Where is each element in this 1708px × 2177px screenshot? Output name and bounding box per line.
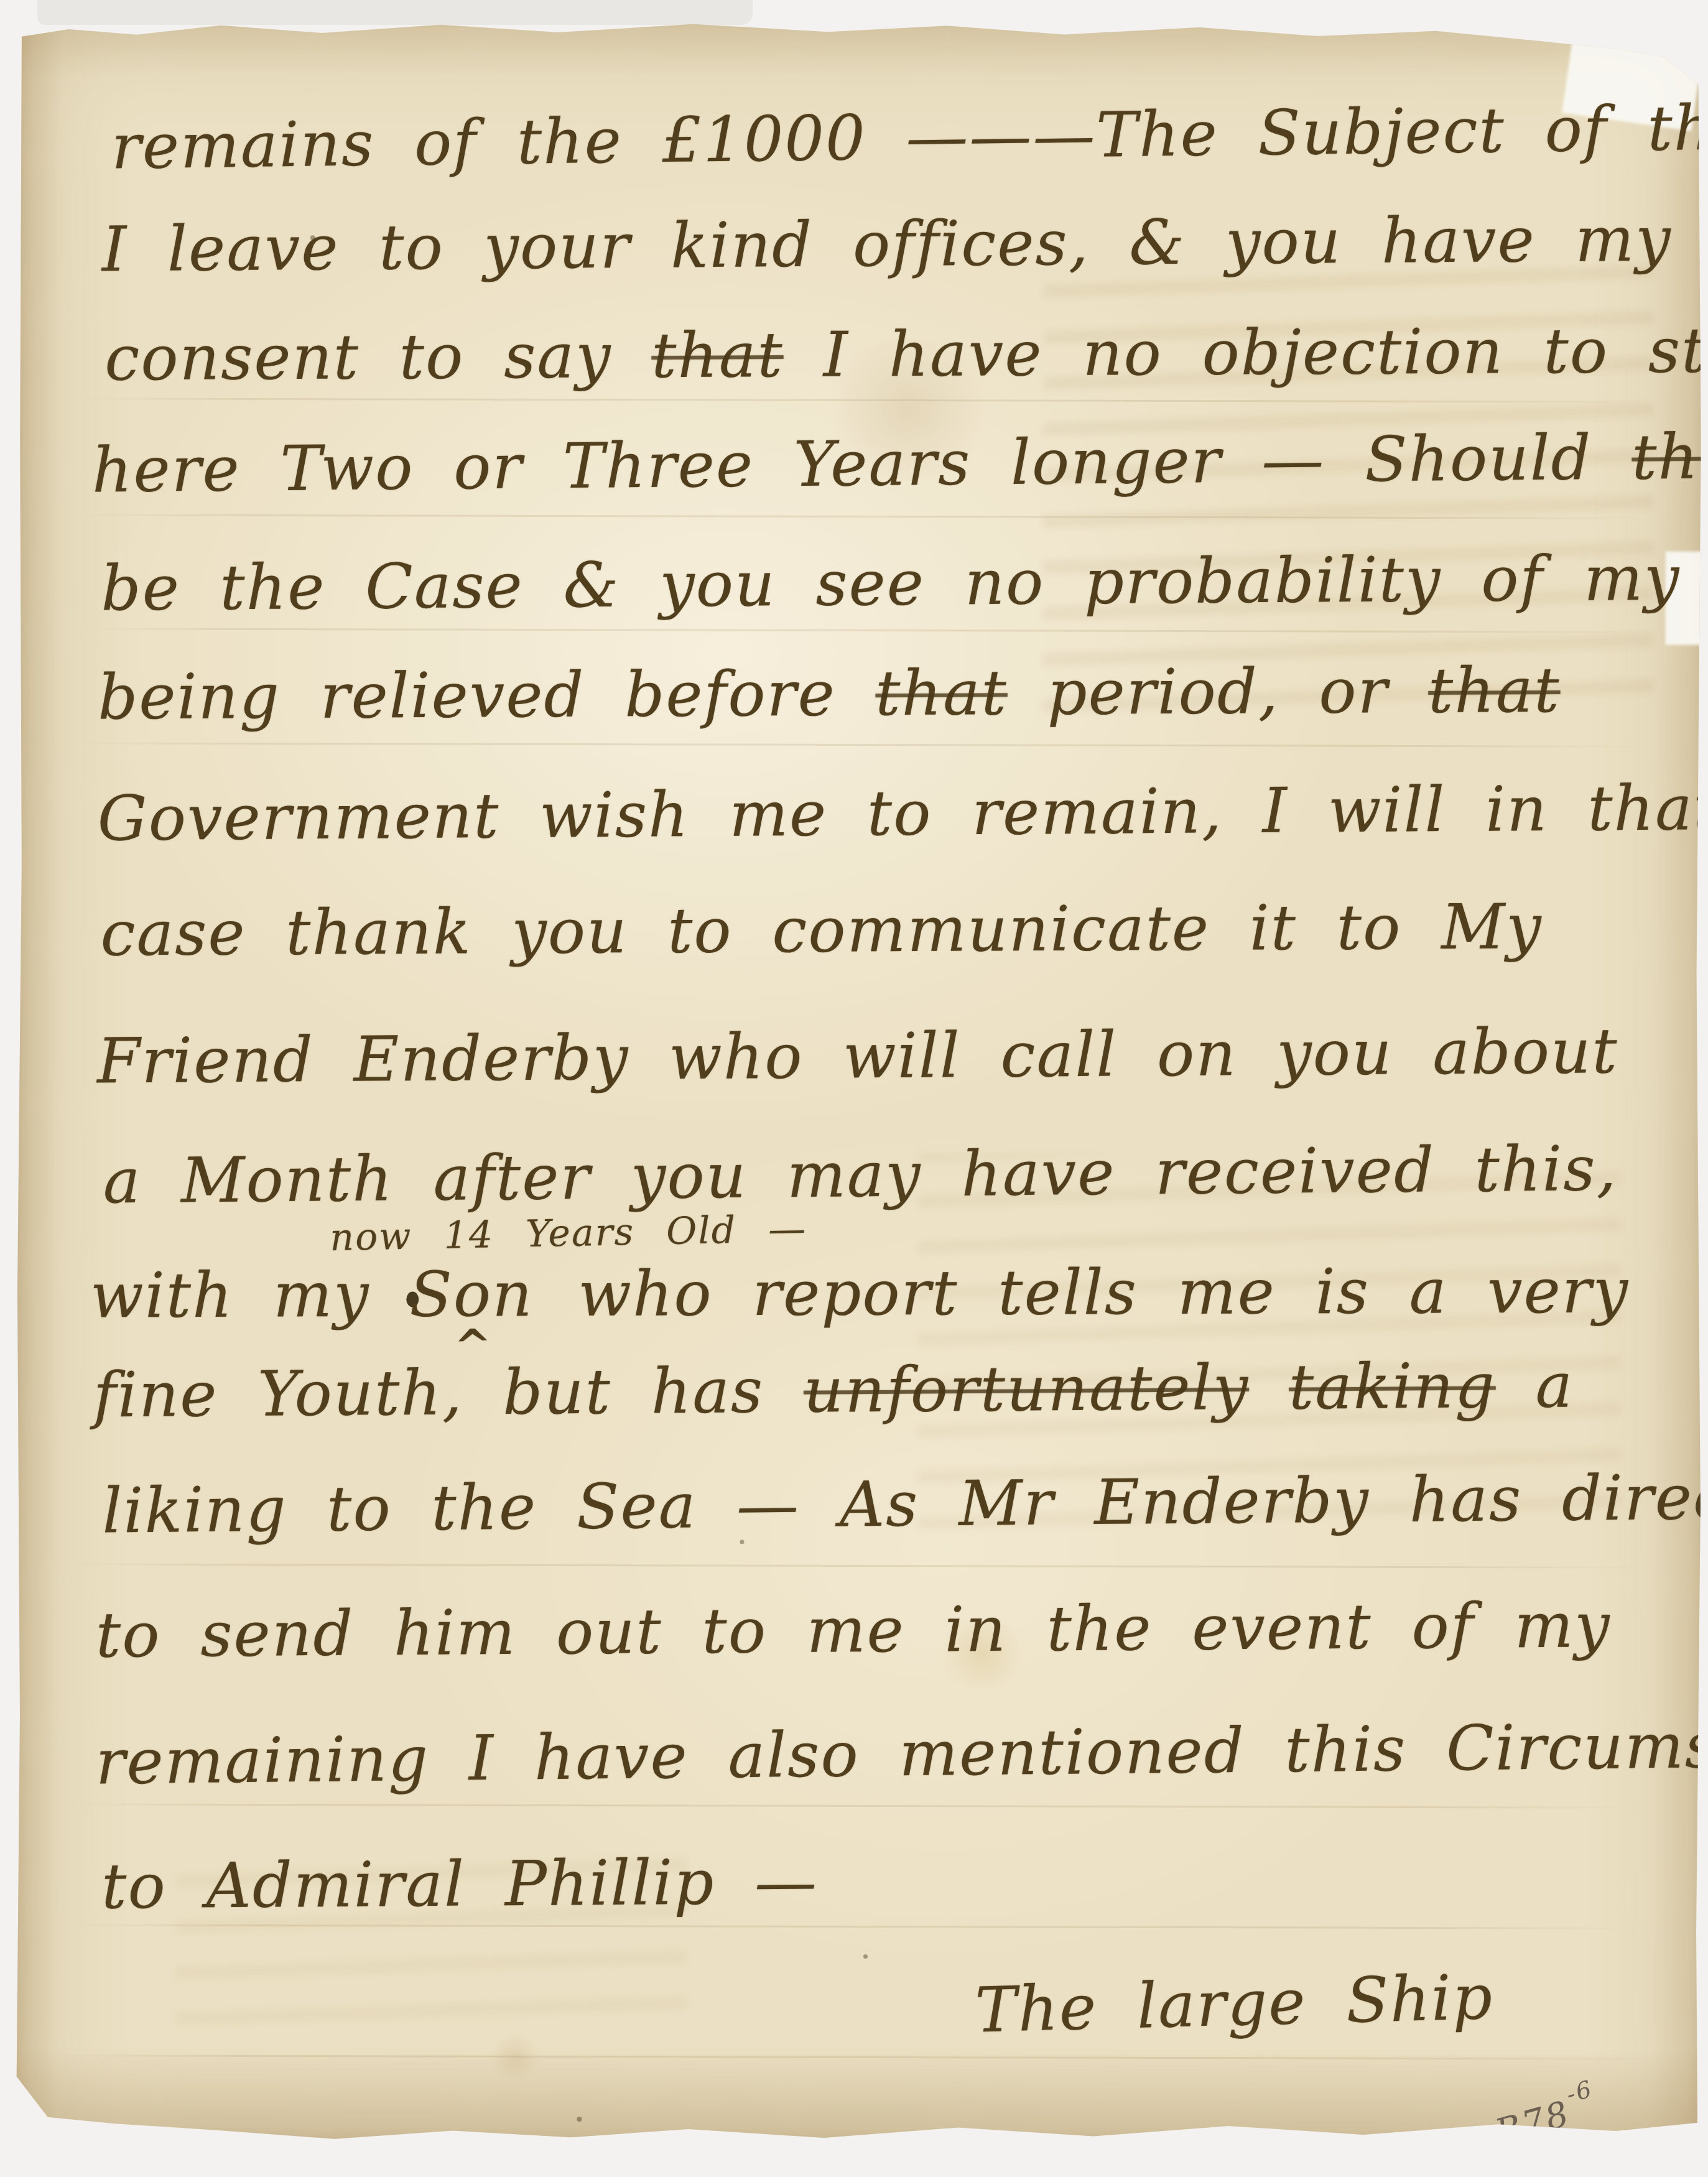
letter-line-16: to Admiral Phillip —: [101, 1851, 818, 1918]
show-through-rule: [66, 1563, 1651, 1568]
line-12-text: [1249, 1351, 1289, 1424]
catchword: The large Ship: [975, 1966, 1495, 2041]
letter-line-12: fine Youth, but has unfortunately taking…: [93, 1355, 1574, 1427]
letter-line-15: remaining I have also mentioned this Cir…: [95, 1713, 1708, 1793]
line-11-after-caret: who report tells me is a very: [578, 1255, 1629, 1330]
line-12-text: a: [1495, 1349, 1574, 1423]
interlineation-note: now 14 Years Old —: [330, 1210, 807, 1256]
pencil-annotation-number: B78: [1491, 2093, 1575, 2153]
letter-line-10: a Month after you may have received this…: [103, 1138, 1618, 1212]
letter-line-3: consent to say that I have no objection …: [104, 319, 1708, 389]
show-through-rule: [65, 1924, 1651, 1929]
line-12-crossed-word: unfortunately: [803, 1351, 1249, 1427]
line-3-text: I have no objection to stay: [783, 313, 1708, 391]
letter-line-9: Friend Enderby who will call on you abou…: [97, 1020, 1618, 1092]
letter-line-13: liking to the Sea — As Mr Enderby has di…: [102, 1465, 1708, 1542]
line-6-text: period, or: [1008, 654, 1429, 729]
letter-line-8: case thank you to communicate it to My: [100, 896, 1543, 965]
letter-page: remains of the £1000 ——— The Subject of …: [14, 13, 1705, 2144]
line-4-crossed-word: that: [1631, 420, 1708, 494]
ink-speck: [863, 1954, 868, 1959]
letter-line-7: Government wish me to remain, I will in …: [98, 777, 1708, 850]
letter-line-14: to send him out to me in the event of my: [96, 1594, 1611, 1666]
line-12-crossed-word: taking: [1289, 1349, 1497, 1423]
ink-speck: [577, 2117, 582, 2122]
show-through-rule: [65, 2054, 1650, 2059]
letter-line-6: being relieved before that period, or th…: [98, 659, 1561, 728]
line-4-text: here Two or Three Years longer — Should: [92, 421, 1632, 507]
pencil-annotation: B78-6: [1490, 2084, 1600, 2153]
show-through-rule: [67, 742, 1653, 747]
line-6-crossed-word: that: [875, 656, 1008, 730]
line-6-crossed-word: that: [1428, 654, 1561, 727]
letter-line-11: with my Sonwho report tells me is a very: [90, 1260, 1629, 1327]
show-through-rule: [68, 397, 1654, 402]
show-through-rule: [68, 628, 1653, 633]
line-1-right: The Subject of this paragraph: [1096, 92, 1708, 167]
show-through-rule: [65, 1803, 1651, 1808]
line-3-crossed-word: that: [651, 318, 784, 392]
line-12-text: fine Youth, but has: [93, 1354, 804, 1432]
letter-line-2: I leave to your kind offices, & you have…: [101, 208, 1672, 281]
line-3-text: consent to say: [104, 319, 651, 394]
show-through-rule: [68, 514, 1653, 519]
pencil-annotation-suffix: -6: [1563, 2075, 1596, 2109]
letter-line-5: be the Case & you see no probability of …: [101, 547, 1681, 620]
line-6-text: being relieved before: [98, 657, 876, 733]
adjacent-sheet-edge: [37, 0, 753, 25]
line-1-left: remains of the £1000 ———: [111, 104, 1097, 179]
letter-line-4: here Two or Three Years longer — Should …: [92, 425, 1708, 502]
letter-line-1: remains of the £1000 ——— The Subject of …: [111, 98, 1662, 179]
